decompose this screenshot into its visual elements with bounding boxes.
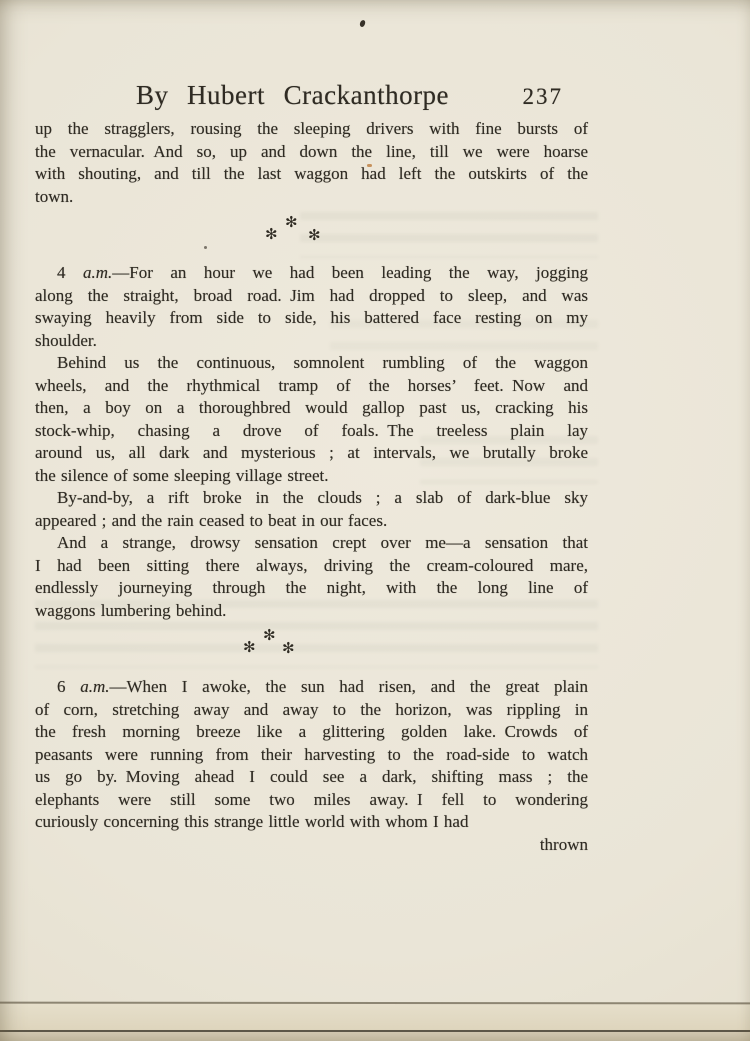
text-line: of corn, stretching away and away to the… (35, 699, 588, 722)
asterisk-glyph: ✻ (285, 215, 298, 230)
page-edge-bottom (0, 1032, 750, 1041)
text-segment: —When I awoke, the sun had risen, and th… (110, 677, 589, 696)
text-segment: —For an hour we had been leading the way… (112, 263, 588, 282)
asterisk-glyph: ✻ (243, 640, 256, 655)
text-line: elephants were still some two miles away… (35, 789, 588, 812)
paragraph: By-and-by, a rift broke in the clouds ; … (35, 487, 588, 532)
text-line: curiously concerning this strange little… (35, 811, 588, 834)
text-line: the vernacular. And so, up and down the … (35, 141, 588, 164)
text-line: us go by. Moving ahead I could see a dar… (35, 766, 588, 789)
text-line: the fresh morning breeze like a glitteri… (35, 721, 588, 744)
text-line: stock-whip, chasing a drove of foals. Th… (35, 420, 588, 443)
text-line: then, a boy on a thoroughbred would gall… (35, 397, 588, 420)
text-line: around us, all dark and mysterious ; at … (35, 442, 588, 465)
text-line: I had been sitting there always, driving… (35, 555, 588, 578)
page-header-title: By Hubert Crackanthorpe (16, 80, 569, 111)
page-edge-line (0, 1030, 750, 1032)
asterism-separator: ✻✻✻ (35, 622, 588, 676)
text-segment: 6 (57, 677, 80, 696)
text-line: By-and-by, a rift broke in the clouds ; … (35, 487, 588, 510)
paragraph: 6 a.m.—When I awoke, the sun had risen, … (35, 676, 588, 834)
page-edge-band (0, 1003, 750, 1030)
paragraph: 4 a.m.—For an hour we had been leading t… (35, 262, 588, 352)
text-line: Behind us the continuous, somnolent rumb… (35, 352, 588, 375)
catchword: thrown (35, 834, 588, 857)
asterisk-glyph: ✻ (308, 228, 321, 243)
text-line: shoulder. (35, 330, 588, 353)
text-line: 6 a.m.—When I awoke, the sun had risen, … (35, 676, 588, 699)
asterisk-glyph: ✻ (282, 641, 295, 656)
page-number: 237 (523, 84, 564, 110)
text-line: with shouting, and till the last waggon … (35, 163, 588, 186)
italic-text-segment: a.m. (83, 263, 112, 282)
text-line: swaying heavily from side to side, his b… (35, 307, 588, 330)
asterism-separator: ✻✻✻ (35, 208, 588, 262)
text-line: peasants were running from their harvest… (35, 744, 588, 767)
text-line: appeared ; and the rain ceased to beat i… (35, 510, 588, 533)
paragraph: Behind us the continuous, somnolent rumb… (35, 352, 588, 487)
text-line: wheels, and the rhythmical tramp of the … (35, 375, 588, 398)
text-line: along the straight, broad road. Jim had … (35, 285, 588, 308)
text-segment: 4 (57, 263, 83, 282)
italic-text-segment: a.m. (80, 677, 109, 696)
text-block: up the stragglers, rousing the sleeping … (35, 118, 588, 856)
asterisk-glyph: ✻ (263, 628, 276, 643)
paragraph: And a strange, drowsy sensation crept ov… (35, 532, 588, 622)
text-line: the silence of some sleeping village str… (35, 465, 588, 488)
text-line: up the stragglers, rousing the sleeping … (35, 118, 588, 141)
asterisk-glyph: ✻ (265, 227, 278, 242)
text-line: endlessly journeying through the night, … (35, 577, 588, 600)
book-page-scan: By Hubert Crackanthorpe 237 up the strag… (0, 0, 750, 1041)
text-line: And a strange, drowsy sensation crept ov… (35, 532, 588, 555)
text-line: 4 a.m.—For an hour we had been leading t… (35, 262, 588, 285)
ink-speck (359, 20, 365, 28)
text-line: town. (35, 186, 588, 209)
running-header: By Hubert Crackanthorpe 237 (35, 80, 588, 112)
text-line: waggons lumbering behind. (35, 600, 588, 623)
paragraph: up the stragglers, rousing the sleeping … (35, 118, 588, 208)
